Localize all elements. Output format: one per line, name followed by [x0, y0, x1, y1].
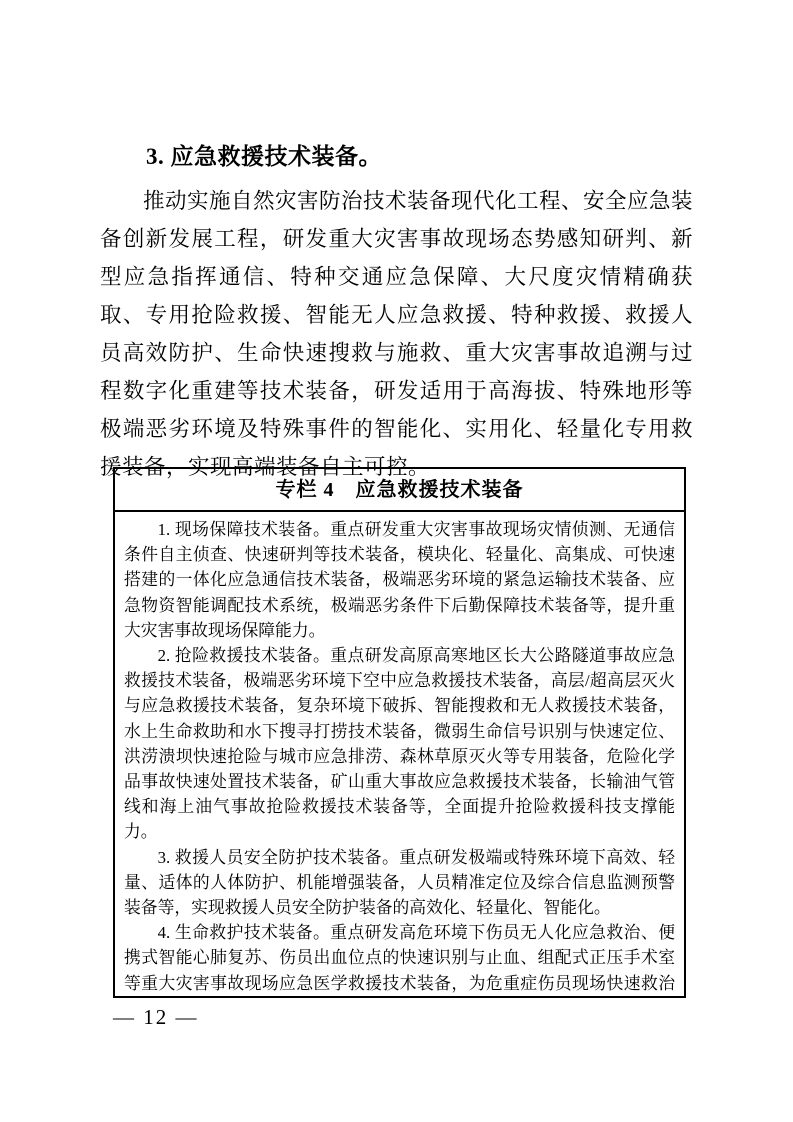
section-heading: 3. 应急救援技术装备。: [100, 140, 693, 174]
column-box-title: 专栏 4 应急救援技术装备: [115, 469, 684, 512]
box-item-4: 4. 生命救护技术装备。重点研发高危环境下伤员无人化应急救治、便携式智能心肺复苏…: [124, 920, 675, 998]
column-box-body: 1. 现场保障技术装备。重点研发重大灾害事故现场灾情侦测、无通信条件自主侦查、快…: [115, 512, 684, 998]
column-box: 专栏 4 应急救援技术装备 1. 现场保障技术装备。重点研发重大灾害事故现场灾情…: [113, 467, 686, 998]
body-paragraph: 推动实施自然灾害防治技术装备现代化工程、安全应急装备创新发展工程，研发重大灾害事…: [100, 182, 693, 486]
page-number: — 12 —: [113, 1002, 199, 1032]
main-text-block: 3. 应急救援技术装备。 推动实施自然灾害防治技术装备现代化工程、安全应急装备创…: [100, 140, 693, 486]
box-item-1: 1. 现场保障技术装备。重点研发重大灾害事故现场灾情侦测、无通信条件自主侦查、快…: [124, 517, 675, 643]
box-item-3: 3. 救援人员安全防护技术装备。重点研发极端或特殊环境下高效、轻量、适体的人体防…: [124, 845, 675, 921]
document-page: 3. 应急救援技术装备。 推动实施自然灾害防治技术装备现代化工程、安全应急装备创…: [0, 0, 793, 1122]
box-item-2: 2. 抢险救援技术装备。重点研发高原高寒地区长大公路隧道事故应急救援技术装备，极…: [124, 643, 675, 845]
